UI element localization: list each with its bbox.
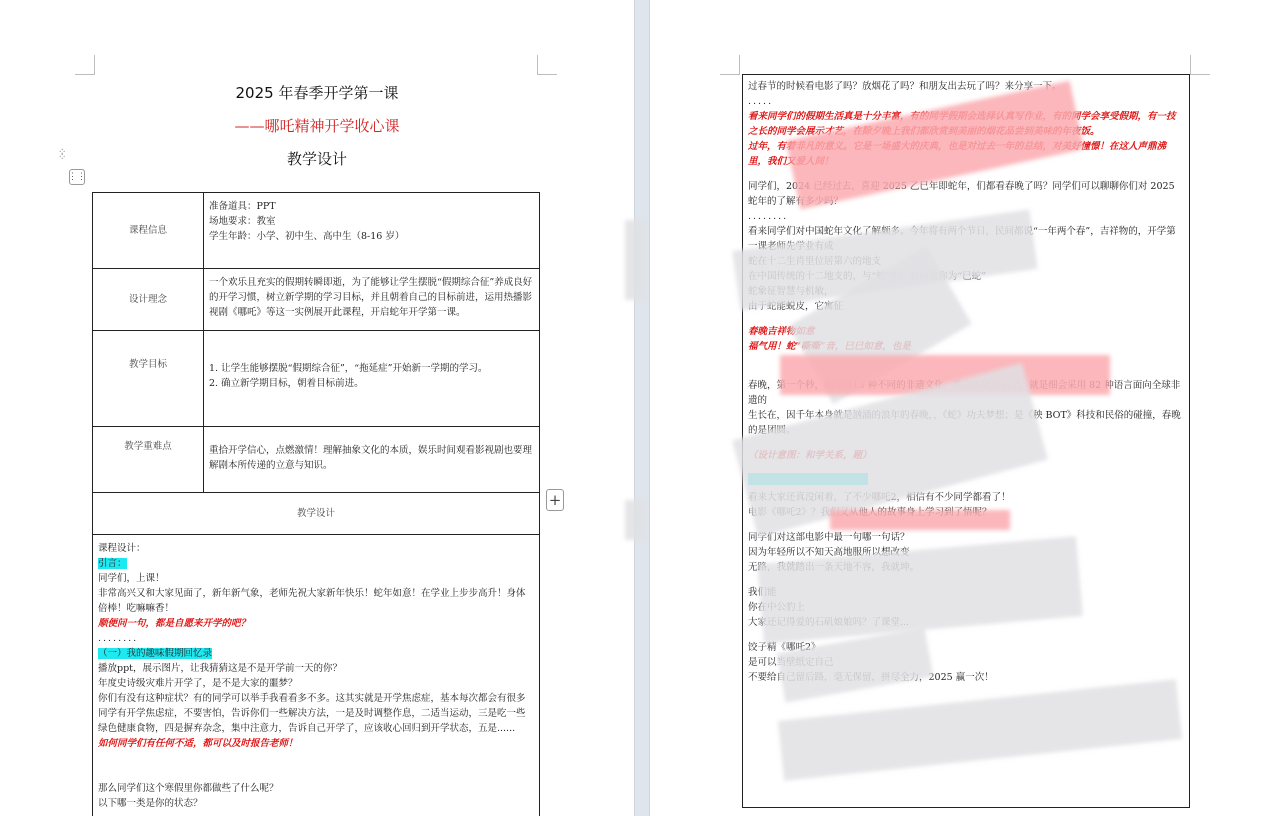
text-line: 场地要求：教室 (209, 214, 534, 229)
table-row: 教学重难点 重拾开学信心，点燃激情！理解抽象文化的本质，娱乐时间观看影视剧也要理… (93, 427, 540, 493)
crop-mark (537, 55, 557, 75)
red-emphasis-text: 如何同学们有任何不适，都可以及时报告老师！ (98, 736, 534, 751)
document-heading: 教学设计 (0, 148, 634, 169)
document-page-left: 2025 年春季开学第一课 ——哪吒精神开学收心课 教学设计 ⁘⁘ ⋮⋮ 课程信… (0, 0, 634, 816)
text-line: 2. 确立新学期目标，朝着目标前进。 (209, 376, 534, 391)
table-row: 教学设计 (93, 493, 540, 535)
row-label: 课程信息 (93, 193, 204, 269)
document-title: 2025 年春季开学第一课 (0, 82, 634, 103)
text-line: 同学们，上课！ (98, 571, 534, 586)
red-emphasis-text: 顺便问一句，都是自愿来开学的吧？ (98, 616, 534, 631)
lesson-info-table: 课程信息 准备道具：PPT 场地要求：教室 学生年龄：小学、初中生、高中生（8-… (92, 192, 540, 816)
table-row: 课程设计： 引言： 同学们，上课！ 非常高兴又和大家见面了，新年新气象，老师先祝… (93, 535, 540, 816)
document-subtitle: ——哪吒精神开学收心课 (0, 115, 634, 136)
row-label: 教学目标 (93, 331, 204, 427)
row-content[interactable]: 准备道具：PPT 场地要求：教室 学生年龄：小学、初中生、高中生（8-16 岁） (204, 193, 540, 269)
crop-mark (75, 55, 95, 75)
redaction-overlay (830, 510, 1010, 530)
text-line: 学生年龄：小学、初中生、高中生（8-16 岁） (209, 229, 534, 244)
text-paragraph: 你们有没有这种症状？有的同学可以举手我看看多不多。这其实就是开学焦虑症，基本每次… (98, 691, 534, 736)
redaction-overlay (625, 220, 645, 300)
crop-mark (720, 55, 740, 75)
add-row-button[interactable]: + (546, 489, 564, 511)
row-content[interactable]: 重拾开学信心，点燃激情！理解抽象文化的本质，娱乐时间观看影视剧也要理解剧本所传递… (204, 427, 540, 493)
drag-handle-icon[interactable]: ⁘⁘ (58, 150, 68, 166)
highlighted-heading: 引言： (98, 558, 127, 569)
text-line: 课程设计： (98, 541, 534, 556)
page-gutter (634, 0, 650, 816)
text-line: 年度史诗级灾难片开学了，是不是大家的噩梦？ (98, 676, 534, 691)
table-row: 教学目标 1. 让学生能够摆脱“假期综合征”，“拖延症”开始新一学期的学习。 2… (93, 331, 540, 427)
text-line: 那么同学们这个寒假里你都做些了什么呢？ (98, 781, 534, 796)
text-line: 播放ppt，展示图片，让我猜猜这是不是开学前一天的你？ (98, 661, 534, 676)
text-line: 准备道具：PPT (209, 199, 534, 214)
text-paragraph: 非常高兴又和大家见面了，新年新气象，老师先祝大家新年快乐！蛇年如意！在学业上步步… (98, 586, 534, 616)
crop-mark (1190, 55, 1210, 75)
row-label: 教学重难点 (93, 427, 204, 493)
row-label: 设计理念 (93, 269, 204, 331)
row-content[interactable]: 一个欢乐且充实的假期转瞬即逝，为了能够让学生摆脱“假期综合征”养成良好的开学习惯… (204, 269, 540, 331)
redaction-overlay (625, 500, 645, 540)
row-content[interactable]: 1. 让学生能够摆脱“假期综合征”，“拖延症”开始新一学期的学习。 2. 确立新… (204, 331, 540, 427)
design-content[interactable]: 课程设计： 引言： 同学们，上课！ 非常高兴又和大家见面了，新年新气象，老师先祝… (93, 535, 540, 816)
table-row: 课程信息 准备道具：PPT 场地要求：教室 学生年龄：小学、初中生、高中生（8-… (93, 193, 540, 269)
table-move-handle-icon[interactable]: ⋮⋮ (69, 169, 85, 185)
text-line: 以下哪一类是你的状态？ (98, 796, 534, 811)
text-line: 1. 让学生能够摆脱“假期综合征”，“拖延症”开始新一学期的学习。 (209, 361, 534, 376)
table-row: 设计理念 一个欢乐且充实的假期转瞬即逝，为了能够让学生摆脱“假期综合征”养成良好… (93, 269, 540, 331)
ellipsis: ........ (98, 631, 534, 646)
highlighted-heading: （一）我的趣味假期回忆录 (98, 648, 212, 659)
text-line: 过春节的时候看电影了吗？放烟花了吗？和朋友出去玩了吗？来分享一下。 (748, 79, 1184, 94)
design-section-header: 教学设计 (93, 493, 540, 535)
text-line: 同学们对这部电影中最一句哪一句话？ (748, 530, 1184, 545)
